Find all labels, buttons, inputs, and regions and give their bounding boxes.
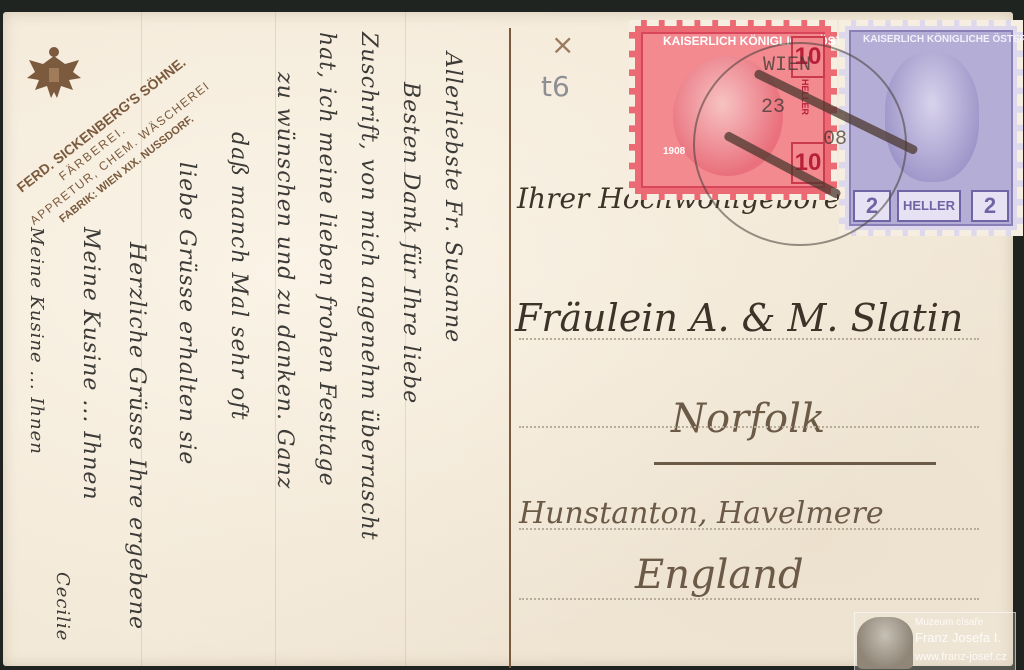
address-dotted-line: [519, 598, 979, 600]
pencil-mark: ×: [551, 28, 574, 61]
address-dotted-line: [519, 338, 979, 340]
message-line: Meine Kusine ... Ihnen: [26, 227, 47, 455]
franz-josef-portrait-icon: [857, 617, 913, 669]
postcard: FERD. SICKENBERG'S SÖHNE. FÄRBEREI. APPR…: [3, 12, 1013, 666]
museum-watermark: Muzeum císaře Franz Josefa I. www.franz-…: [854, 612, 1016, 670]
address-dotted-line: [519, 426, 979, 428]
message-line: Cecilie: [52, 572, 73, 641]
postmark-date: 23: [761, 96, 785, 119]
address-name: Fräulein A. & M. Slatin: [515, 296, 963, 340]
address-country: England: [635, 552, 804, 598]
stamp-unit: HELLER: [897, 190, 961, 222]
message-line: daß manch Mal sehr oft: [226, 132, 251, 420]
stamp-year: 1908: [663, 146, 685, 157]
postmark-year: 08: [823, 128, 847, 151]
address-dotted-line: [519, 528, 979, 530]
message-line: Herzliche Grüsse Ihre ergebene: [124, 242, 149, 630]
watermark-line-2: Franz Josefa I.: [915, 630, 1001, 645]
address-divider: [509, 28, 511, 668]
watermark-line-3: www.franz-josef.cz: [915, 651, 1007, 663]
pencil-code: t6: [541, 70, 570, 103]
message-line: Allerliebste Fr. Susanne: [440, 52, 465, 343]
message-line: Besten Dank für Ihre liebe: [398, 82, 423, 404]
address-town: Hunstanton, Havelmere: [519, 496, 884, 531]
message-line: hat, ich meine lieben frohen Festtage: [314, 32, 339, 487]
postmark-city: WIEN: [763, 54, 811, 77]
watermark-line-1: Muzeum císaře: [915, 617, 983, 628]
message-line: zu wünschen und zu danken. Ganz: [272, 72, 297, 489]
stamp-country-text: KAISERLICH KÖNIGLICHE ÖSTERREICHISCHE PO…: [863, 34, 1024, 45]
stamp-value: 2: [971, 190, 1009, 222]
message-line: Meine Kusine ... Ihnen: [78, 227, 103, 501]
message-line: Zuschrift, von mich angenehm überrascht: [356, 32, 381, 541]
message-line: liebe Grüsse erhalten sie: [174, 162, 199, 465]
address-county: Norfolk: [671, 396, 825, 442]
county-underline: [654, 462, 936, 465]
